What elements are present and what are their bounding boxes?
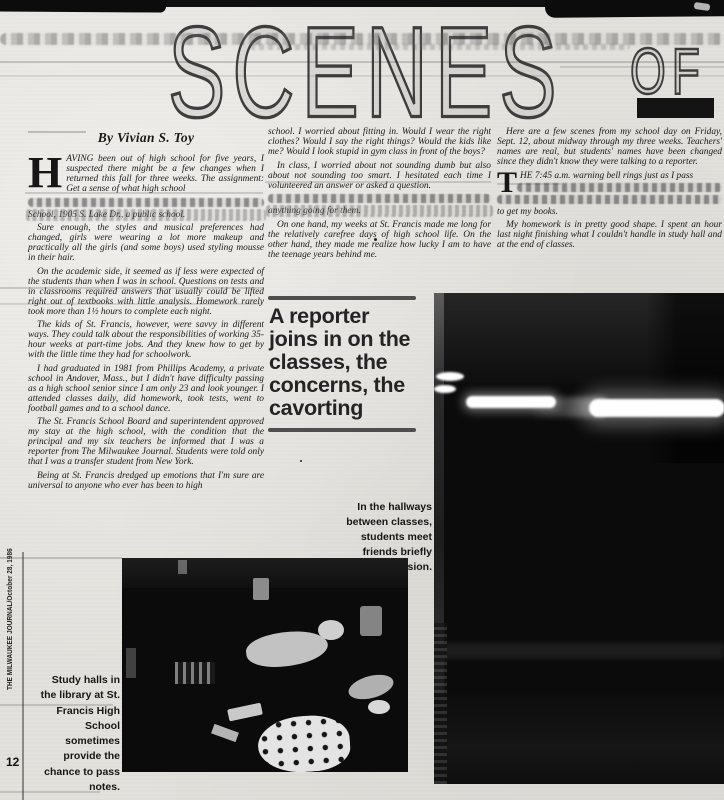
article-paragraph: On one hand, my weeks at St. Francis mad… (268, 220, 491, 260)
light-streak (589, 399, 724, 417)
caption-line: School (26, 719, 120, 734)
smudge-artifact (517, 183, 722, 192)
pullquote-line: classes, the (269, 351, 444, 374)
page-number: 12 (6, 755, 19, 769)
smudged-text: anything going for them. (268, 206, 361, 216)
pullquote-line: joins in on the (269, 328, 444, 351)
library-photo-caption: Study halls in the library at St. Franci… (26, 673, 120, 795)
article-paragraph: In class, I worried about not sounding d… (268, 161, 491, 191)
caption-line: chance to pass (26, 765, 120, 780)
caption-line: sometimes (26, 734, 120, 749)
article-paragraph: Being at St. Francis dredged up emotions… (28, 471, 264, 491)
smudge-artifact (28, 198, 264, 207)
scan-line (560, 66, 724, 68)
photo-shading (434, 693, 724, 784)
article-column-1: By Vivian S. Toy HAVING been out of high… (28, 130, 264, 494)
article-paragraph: Here are a few scenes from my school day… (497, 127, 722, 167)
headline-underline-bar (637, 98, 714, 118)
photo-figure (368, 700, 390, 714)
pullquote-rule-top (268, 296, 416, 300)
lead-paragraph: HAVING been out of high school for five … (28, 154, 264, 194)
caption-line: students meet (305, 530, 432, 545)
article-column-2: school. I worried about fitting in. Woul… (268, 127, 491, 263)
headline-scenes: SCENES (168, 0, 564, 148)
photo-highlight (178, 560, 187, 574)
hallway-photo (434, 293, 724, 784)
article-paragraph: school. I worried about fitting in. Woul… (268, 127, 491, 157)
article-paragraph: The kids of St. Francis, however, were s… (28, 320, 264, 360)
photo-texture (434, 623, 447, 784)
newspaper-page: SCENES OF By Vivian S. Toy HAVING been o… (0, 0, 724, 800)
caption-line: Francis High (26, 704, 120, 719)
pullquote-line: concerns, the (269, 374, 444, 397)
scan-line (0, 557, 122, 559)
edition-vertical-text: THE MILWAUKEE JOURNAL/October 28, 1986 (5, 548, 14, 690)
caption-line: between classes, (305, 515, 432, 530)
article-paragraph: Sure enough, the styles and musical pref… (28, 223, 264, 263)
photo-bookshelf (175, 662, 215, 684)
lead-text: AVING been out of high school for five y… (66, 154, 264, 194)
photo-highlight (126, 648, 136, 678)
article-paragraph: On the academic side, it seemed as if le… (28, 267, 264, 317)
scan-line (0, 75, 724, 77)
light-streak (434, 385, 456, 393)
lead-text: HE 7:45 a.m. warning bell rings just as … (520, 171, 693, 181)
smudge-artifact (268, 194, 491, 203)
smudge-artifact (497, 195, 722, 204)
light-streak (436, 372, 464, 381)
photo-figure (244, 626, 330, 671)
lead-paragraph: THE 7:45 a.m. warning bell rings just as… (497, 171, 722, 181)
article-column-3: Here are a few scenes from my school day… (497, 127, 722, 254)
photo-paper (227, 703, 263, 722)
photo-paper (211, 724, 239, 742)
pullquote-line: cavorting (269, 397, 444, 420)
ink-speck (300, 460, 302, 462)
margin-rule (22, 552, 24, 800)
photo-shading (434, 643, 724, 659)
drop-cap: H (28, 156, 62, 189)
pullquote-line: A reporter (269, 305, 444, 328)
photo-highlight (253, 578, 269, 600)
caption-line: In the hallways (305, 500, 432, 515)
caption-line: Study halls in (26, 673, 120, 688)
photo-shading (646, 293, 724, 463)
caption-line: notes. (26, 780, 120, 795)
pullquote-rule-bottom (268, 428, 416, 432)
drop-cap: T (497, 172, 517, 194)
smudge-artifact (250, 44, 630, 50)
photo-polka-dot-dress (256, 713, 352, 772)
scan-line (0, 61, 724, 63)
smudged-text: School, 1905 S. Lake Dr., a public schoo… (28, 210, 185, 220)
article-paragraph: My homework is in pretty good shape. I s… (497, 220, 722, 250)
smudged-line: School, 1905 S. Lake Dr., a public schoo… (28, 210, 264, 220)
photo-figure (346, 670, 396, 703)
library-photo (122, 558, 408, 772)
byline: By Vivian S. Toy (28, 130, 264, 146)
article-paragraph: The St. Francis School Board and superin… (28, 417, 264, 467)
smudged-line: anything going for them. (268, 206, 491, 216)
article-paragraph: I had graduated in 1981 from Phillips Ac… (28, 364, 264, 414)
scan-edge-blob-left (0, 0, 166, 13)
photo-highlight (360, 606, 382, 636)
caption-line: provide the (26, 749, 120, 764)
caption-line: the library at St. (26, 688, 120, 703)
headline-of: OF (630, 34, 706, 108)
article-paragraph: to get my books. (497, 207, 722, 217)
pullquote: A reporter joins in on the classes, the … (269, 305, 444, 420)
